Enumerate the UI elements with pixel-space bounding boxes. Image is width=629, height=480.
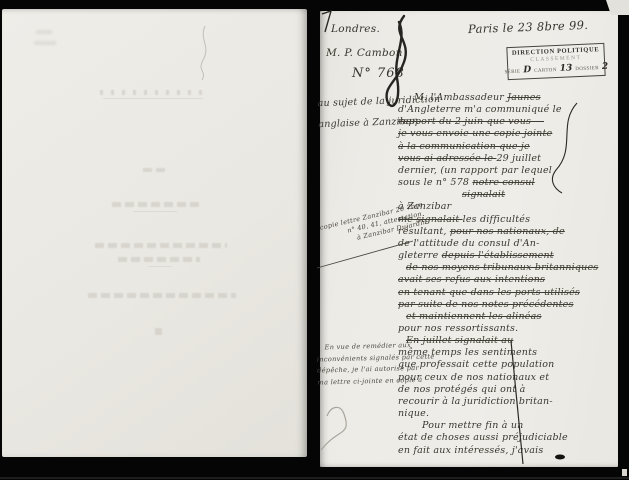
struck-text-segment: et maintiennent les alinéas [406,311,542,322]
struck-text-segment: En juillet signalait au [406,335,513,346]
body-line: me signalait les difficultés [398,214,618,226]
text-segment: 29 juillet [496,153,541,164]
faint-pencil-smudge [36,30,52,34]
body-line: de l'attitude du consul d'An- [398,238,618,250]
body-line: à Zanzibar [398,201,618,213]
carton-value: 13 [560,63,573,74]
body-line: à la communication que je [398,141,618,153]
text-segment: de nos protégés qui ont à [398,384,525,395]
body-line: nique. [398,408,618,420]
serie-label: SÉRIE [504,70,520,76]
faint-bleedthrough-line [118,257,200,262]
faint-bleedthrough-line [100,90,208,95]
text-segment: pour ceux de nos nationaux et [398,372,549,383]
body-line: avait ses refus aux intentions [398,274,618,286]
origin-city: Londres. [331,23,380,35]
faint-bleedthrough-rule [133,211,177,212]
text-segment: gleterre [398,250,442,261]
struck-text-segment: je vous envoie une copie jointe [398,128,552,139]
text-segment: Pour mettre fin à un [422,420,523,431]
body-line: pour ceux de nos nationaux et [398,372,618,384]
faint-pencil-smudge [34,41,56,45]
faint-bleedthrough-line [143,168,165,172]
left-page [2,9,307,457]
dossier-value: 2 [602,62,609,72]
body-line: recourir à la juridiction britan- [398,396,618,408]
text-segment: en fait aux intéressés, j'avais [398,445,543,456]
body-line: rapport du 2 juin que vous — [398,116,618,128]
body-line: pour nos ressortissants. [398,323,618,335]
archive-classification-stamp: DIRECTION POLITIQUE CLASSEMENT SÉRIE D C… [506,43,605,80]
body-line: En juillet signalait au [398,335,618,347]
body-line: gleterre depuis l'établissement [398,250,618,262]
body-line: d'Angleterre m'a communiqué le [398,104,618,116]
carton-label: CARTON [534,68,557,74]
scanned-document-canvas: Paris le 23 8bre 99. Londres. M. P. Camb… [0,0,629,480]
body-line: de nos protégés qui ont à [398,384,618,396]
sender-name: M. P. Cambon [326,47,403,59]
body-line: M. l'Ambassadeur Jaunes [398,92,618,104]
struck-text-segment: Jaunes [507,92,540,103]
text-segment: état de choses aussi préjudiciable [398,432,568,443]
body-line: dernier, (un rapport par lequel [398,165,618,177]
body-line: état de choses aussi préjudiciable [398,432,618,444]
body-line: en fait aux intéressés, j'avais [398,445,618,457]
text-segment: M. l'Ambassadeur [414,92,507,103]
body-text: M. l'Ambassadeur Jaunesd'Angleterre m'a … [398,92,618,457]
struck-text-segment: en tenant que dans les ports utilisés [398,287,580,298]
text-segment: d'Angleterre m'a communiqué le [398,104,562,115]
dossier-label: DOSSIER [575,66,599,72]
struck-text-segment: de nos moyens tribunaux britanniques [406,262,598,273]
text-segment: à Zanzibar [398,201,451,212]
body-line: de nos moyens tribunaux britanniques [398,262,618,274]
struck-text-segment: pour nos nationaux, de [450,226,565,237]
body-line: Pour mettre fin à un [398,420,618,432]
faint-bleedthrough-rule [103,98,203,99]
struck-text-segment: à la communication que je [398,141,530,152]
struck-text-segment: depuis l'établissement [442,250,554,261]
body-line: je vous envoie une copie jointe [398,128,618,140]
text-segment: recourir à la juridiction britan- [398,396,553,407]
serie-value: D [523,65,531,75]
body-line: par suite de nos notes précédentes [398,299,618,311]
body-line: sous le n° 578 notre consul [398,177,618,189]
struck-text-segment: vous ai adressée le [398,153,496,164]
struck-text-segment: me signalait [398,214,463,225]
scan-edge-line [0,477,629,479]
struck-text-segment: par suite de nos notes précédentes [398,299,574,310]
text-segment: les difficultés [463,214,531,225]
faint-bleedthrough-line [112,202,200,207]
body-line: signalait [398,189,618,201]
struck-text-segment: rapport du 2 juin que vous — [398,116,544,127]
text-segment: pour nos ressortissants. [398,323,518,334]
text-segment: de l'attitude du consul d'An- [398,238,539,249]
body-line: en tenant que dans les ports utilisés [398,287,618,299]
page-edge-speck [622,469,627,476]
text-segment: même temps les sentiments [398,347,537,358]
faint-bleedthrough-mark [155,328,162,335]
faint-bleedthrough-line [95,243,227,248]
text-segment: sous le n° 578 [398,177,472,188]
text-segment: dernier, (un rapport par lequel [398,165,552,176]
body-line: résultant, pour nos nationaux, de [398,226,618,238]
struck-text-segment: signalait [462,189,505,200]
text-segment: résultant, [398,226,450,237]
dispatch-number: N° 768 [352,66,405,81]
body-line: et maintiennent les alinéas [398,311,618,323]
body-line: que professait cette population [398,359,618,371]
text-segment: nique. [398,408,429,419]
struck-text-segment: avait ses refus aux intentions [398,274,545,285]
body-line: vous ai adressée le 29 juillet [398,153,618,165]
body-line: même temps les sentiments [398,347,618,359]
text-segment: que professait cette population [398,359,554,370]
faint-bleedthrough-line [88,293,236,298]
faint-bleedthrough-rule [148,266,172,267]
struck-text-segment: notre consul [472,177,534,188]
